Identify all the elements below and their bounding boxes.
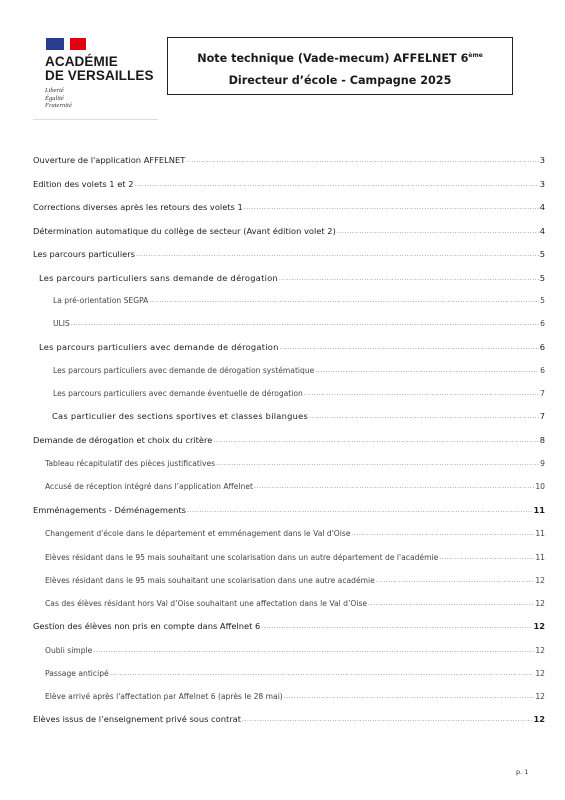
toc-entry-page: 6 bbox=[539, 318, 545, 329]
toc-dot-leader: ........................................… bbox=[134, 180, 538, 190]
toc-entry-page: 4 bbox=[539, 202, 545, 213]
flag-blue-block bbox=[46, 38, 64, 50]
toc-dot-leader: ........................................… bbox=[244, 203, 539, 213]
toc-entry-page: 7 bbox=[539, 388, 545, 399]
toc-entry-page: 12 bbox=[532, 621, 545, 632]
toc-entry-label: Emménagements - Déménagements bbox=[33, 505, 186, 516]
toc-dot-leader: ........................................… bbox=[110, 669, 535, 679]
motto-liberte: Liberté bbox=[45, 87, 165, 95]
toc-entry-label: Elèves résidant dans le 95 mais souhaita… bbox=[45, 575, 375, 586]
toc-entry[interactable]: Elèves résidant dans le 95 mais souhaita… bbox=[33, 549, 545, 563]
toc-dot-leader: ........................................… bbox=[368, 599, 534, 609]
toc-dot-leader: ........................................… bbox=[304, 389, 539, 399]
toc-entry-page: 11 bbox=[532, 505, 545, 516]
toc-entry[interactable]: Gestion des élèves non pris en compte da… bbox=[33, 618, 545, 632]
toc-entry[interactable]: Détermination automatique du collège de … bbox=[33, 223, 545, 237]
toc-dot-leader: ........................................… bbox=[284, 692, 535, 702]
toc-entry-label: Les parcours particuliers avec demande d… bbox=[53, 365, 314, 376]
toc-entry-page: 5 bbox=[539, 273, 545, 284]
toc-entry[interactable]: Les parcours particuliers avec demande é… bbox=[33, 385, 545, 399]
toc-entry-page: 7 bbox=[539, 411, 545, 422]
toc-entry-page: 6 bbox=[539, 342, 545, 353]
toc-entry[interactable]: Edition des volets 1 et 2...............… bbox=[33, 176, 545, 190]
page-number: p. 1 bbox=[516, 768, 528, 776]
toc-dot-leader: ........................................… bbox=[213, 436, 538, 446]
toc-entry-page: 5 bbox=[539, 295, 545, 306]
toc-entry-label: Ouverture de l'application AFFELNET bbox=[33, 155, 185, 166]
toc-dot-leader: ........................................… bbox=[93, 646, 534, 656]
toc-dot-leader: ........................................… bbox=[261, 622, 532, 632]
toc-entry-page: 3 bbox=[539, 155, 545, 166]
toc-entry-label: Cas particulier des sections sportives e… bbox=[52, 411, 308, 422]
toc-entry-page: 11 bbox=[534, 528, 545, 539]
toc-dot-leader: ........................................… bbox=[315, 366, 539, 376]
toc-entry-page: 12 bbox=[532, 714, 545, 725]
toc-entry-label: Elèves issus de l’enseignement privé sou… bbox=[33, 714, 241, 725]
toc-dot-leader: ........................................… bbox=[352, 529, 535, 539]
toc-entry-page: 4 bbox=[539, 226, 545, 237]
toc-entry[interactable]: Emménagements - Déménagements...........… bbox=[33, 502, 545, 516]
toc-dot-leader: ........................................… bbox=[439, 553, 534, 563]
toc-entry-label: Elève arrivé après l'affectation par Aff… bbox=[45, 691, 283, 702]
logo-name-line2: DE VERSAILLES bbox=[45, 69, 165, 83]
toc-entry[interactable]: Les parcours particuliers avec demande d… bbox=[33, 362, 545, 376]
toc-dot-leader: ........................................… bbox=[149, 296, 539, 306]
toc-entry[interactable]: Cas particulier des sections sportives e… bbox=[33, 408, 545, 422]
toc-entry-label: Elèves résidant dans le 95 mais souhaita… bbox=[45, 552, 438, 563]
document-title-box: Note technique (Vade-mecum) AFFELNET 6èm… bbox=[167, 37, 513, 95]
toc-entry-label: Accusé de réception intégré dans l’appli… bbox=[45, 481, 253, 492]
logo-name-line1: ACADÉMIE bbox=[45, 55, 165, 69]
toc-entry-label: Edition des volets 1 et 2 bbox=[33, 179, 133, 190]
toc-dot-leader: ........................................… bbox=[280, 343, 539, 353]
title-line2: Directeur d’école - Campagne 2025 bbox=[168, 74, 512, 87]
academie-logo: ACADÉMIE DE VERSAILLES Liberté Égalité F… bbox=[45, 38, 165, 110]
toc-entry[interactable]: Ouverture de l'application AFFELNET.....… bbox=[33, 152, 545, 166]
toc-dot-leader: ........................................… bbox=[216, 459, 539, 469]
toc-entry-label: Oubli simple bbox=[45, 645, 92, 656]
toc-entry-page: 12 bbox=[534, 598, 545, 609]
toc-dot-leader: ........................................… bbox=[376, 576, 534, 586]
toc-entry-page: 12 bbox=[534, 645, 545, 656]
toc-dot-leader: ........................................… bbox=[337, 227, 539, 237]
toc-entry-page: 5 bbox=[539, 249, 545, 260]
toc-entry-label: Les parcours particuliers sans demande d… bbox=[39, 273, 278, 284]
toc-dot-leader: ........................................… bbox=[254, 482, 534, 492]
toc-entry-label: Les parcours particuliers avec demande é… bbox=[53, 388, 303, 399]
toc-entry-label: Cas des élèves résidant hors Val d’Oise … bbox=[45, 598, 367, 609]
toc-entry-page: 12 bbox=[534, 668, 545, 679]
toc-dot-leader: ........................................… bbox=[136, 250, 539, 260]
toc-entry-page: 11 bbox=[534, 552, 545, 563]
toc-entry-label: Tableau récapitulatif des pièces justifi… bbox=[45, 458, 215, 469]
toc-dot-leader: ........................................… bbox=[71, 319, 539, 329]
toc-entry-page: 12 bbox=[534, 575, 545, 586]
logo-divider bbox=[33, 119, 158, 120]
toc-entry-label: ULIS bbox=[53, 318, 70, 329]
title-superscript: ème bbox=[468, 52, 482, 59]
toc-dot-leader: ........................................… bbox=[279, 274, 539, 284]
toc-entry[interactable]: Demande de dérogation et choix du critèr… bbox=[33, 432, 545, 446]
toc-entry[interactable]: Elèves issus de l’enseignement privé sou… bbox=[33, 711, 545, 725]
toc-entry-label: Détermination automatique du collège de … bbox=[33, 226, 336, 237]
toc-entry[interactable]: Elèves résidant dans le 95 mais souhaita… bbox=[33, 572, 545, 586]
toc-entry-page: 8 bbox=[539, 435, 545, 446]
toc-entry[interactable]: Les parcours particuliers avec demande d… bbox=[33, 339, 545, 353]
title-main: Note technique (Vade-mecum) AFFELNET 6 bbox=[197, 52, 468, 65]
toc-entry-page: 12 bbox=[534, 691, 545, 702]
toc-entry-label: Passage anticipé bbox=[45, 668, 109, 679]
toc-entry-page: 6 bbox=[539, 365, 545, 376]
toc-entry[interactable]: Accusé de réception intégré dans l’appli… bbox=[33, 478, 545, 492]
toc-entry-page: 3 bbox=[539, 179, 545, 190]
flag-red-block bbox=[70, 38, 86, 50]
toc-entry-label: Changement d'école dans le département e… bbox=[45, 528, 351, 539]
toc-entry-label: Les parcours particuliers bbox=[33, 249, 135, 260]
motto-egalite: Égalité bbox=[45, 95, 165, 103]
toc-entry[interactable]: La pré-orientation SEGPA................… bbox=[33, 292, 545, 306]
toc-entry[interactable]: Corrections diverses après les retours d… bbox=[33, 199, 545, 213]
motto-fraternite: Fraternité bbox=[45, 102, 165, 110]
toc-entry-label: La pré-orientation SEGPA bbox=[53, 295, 148, 306]
toc-entry-page: 9 bbox=[539, 458, 545, 469]
toc-entry[interactable]: Tableau récapitulatif des pièces justifi… bbox=[33, 455, 545, 469]
toc-dot-leader: ........................................… bbox=[242, 715, 532, 725]
toc-entry-label: Gestion des élèves non pris en compte da… bbox=[33, 621, 260, 632]
toc-entry-page: 10 bbox=[534, 481, 545, 492]
toc-entry[interactable]: Oubli simple............................… bbox=[33, 642, 545, 656]
title-line1: Note technique (Vade-mecum) AFFELNET 6èm… bbox=[168, 52, 512, 65]
toc-entry[interactable]: ULIS....................................… bbox=[33, 315, 545, 329]
toc-dot-leader: ........................................… bbox=[309, 412, 539, 422]
toc-dot-leader: ........................................… bbox=[187, 506, 533, 516]
toc-entry[interactable]: Les parcours particuliers...............… bbox=[33, 246, 545, 260]
logo-motto: Liberté Égalité Fraternité bbox=[45, 87, 165, 110]
toc-entry[interactable]: Changement d'école dans le département e… bbox=[33, 525, 545, 539]
toc-entry-label: Demande de dérogation et choix du critèr… bbox=[33, 435, 212, 446]
toc-entry[interactable]: Les parcours particuliers sans demande d… bbox=[33, 270, 545, 284]
toc-dot-leader: ........................................… bbox=[186, 156, 538, 166]
toc-entry[interactable]: Elève arrivé après l'affectation par Aff… bbox=[33, 688, 545, 702]
toc-entry-label: Corrections diverses après les retours d… bbox=[33, 202, 243, 213]
toc-entry[interactable]: Passage anticipé........................… bbox=[33, 665, 545, 679]
toc-entry-label: Les parcours particuliers avec demande d… bbox=[39, 342, 279, 353]
toc-entry[interactable]: Cas des élèves résidant hors Val d’Oise … bbox=[33, 595, 545, 609]
marianne-flag-icon bbox=[46, 38, 165, 50]
